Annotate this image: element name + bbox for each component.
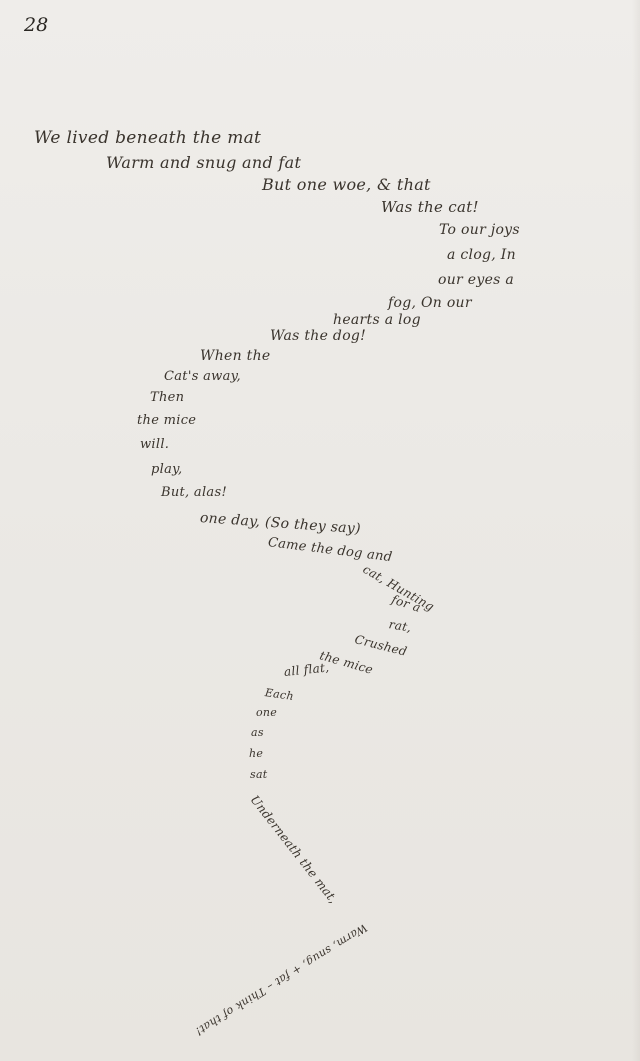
manuscript-page: 28 We lived beneath the matWarm and snug… — [0, 0, 640, 1061]
poem-line: all flat, — [283, 660, 330, 679]
poem-line: We lived beneath the mat — [34, 128, 261, 148]
poem-line: When the — [200, 348, 271, 364]
poem-line: rat, — [388, 617, 413, 635]
poem-line: Cat's away, — [164, 369, 241, 384]
poem-line: hearts a log — [333, 312, 421, 328]
poem-line: Warm, snug, + fat – Think of that! — [193, 921, 370, 1038]
poem-line: he — [249, 747, 263, 760]
poem-line: will. — [140, 437, 169, 452]
poem-line: But one woe, & that — [262, 175, 431, 194]
poem-line: as — [251, 726, 264, 739]
poem-line: Each — [264, 686, 295, 703]
poem-line: the mice — [137, 413, 196, 428]
poem-line: Warm and snug and fat — [106, 153, 301, 172]
poem-line: one day, (So they say) — [199, 510, 361, 537]
page-number: 28 — [24, 14, 48, 36]
poem-line: Then — [150, 390, 184, 405]
poem-line: play, — [151, 462, 182, 477]
poem-line: Was the cat! — [381, 198, 479, 216]
poem-line: Underneath the mat, — [247, 793, 340, 906]
poem-line: To our joys — [439, 222, 520, 238]
poem-line: Came the dog and — [267, 535, 393, 565]
poem-line: But, alas! — [161, 485, 227, 500]
poem-line: Was the dog! — [270, 328, 366, 344]
poem-line: Crushed — [353, 632, 408, 659]
page-edge — [632, 0, 640, 1061]
poem-line: sat — [250, 768, 268, 781]
poem-line: a clog, In — [447, 247, 516, 263]
poem-line: fog, On our — [388, 295, 472, 311]
poem-line: one — [256, 706, 277, 719]
poem-line: our eyes a — [438, 272, 514, 288]
